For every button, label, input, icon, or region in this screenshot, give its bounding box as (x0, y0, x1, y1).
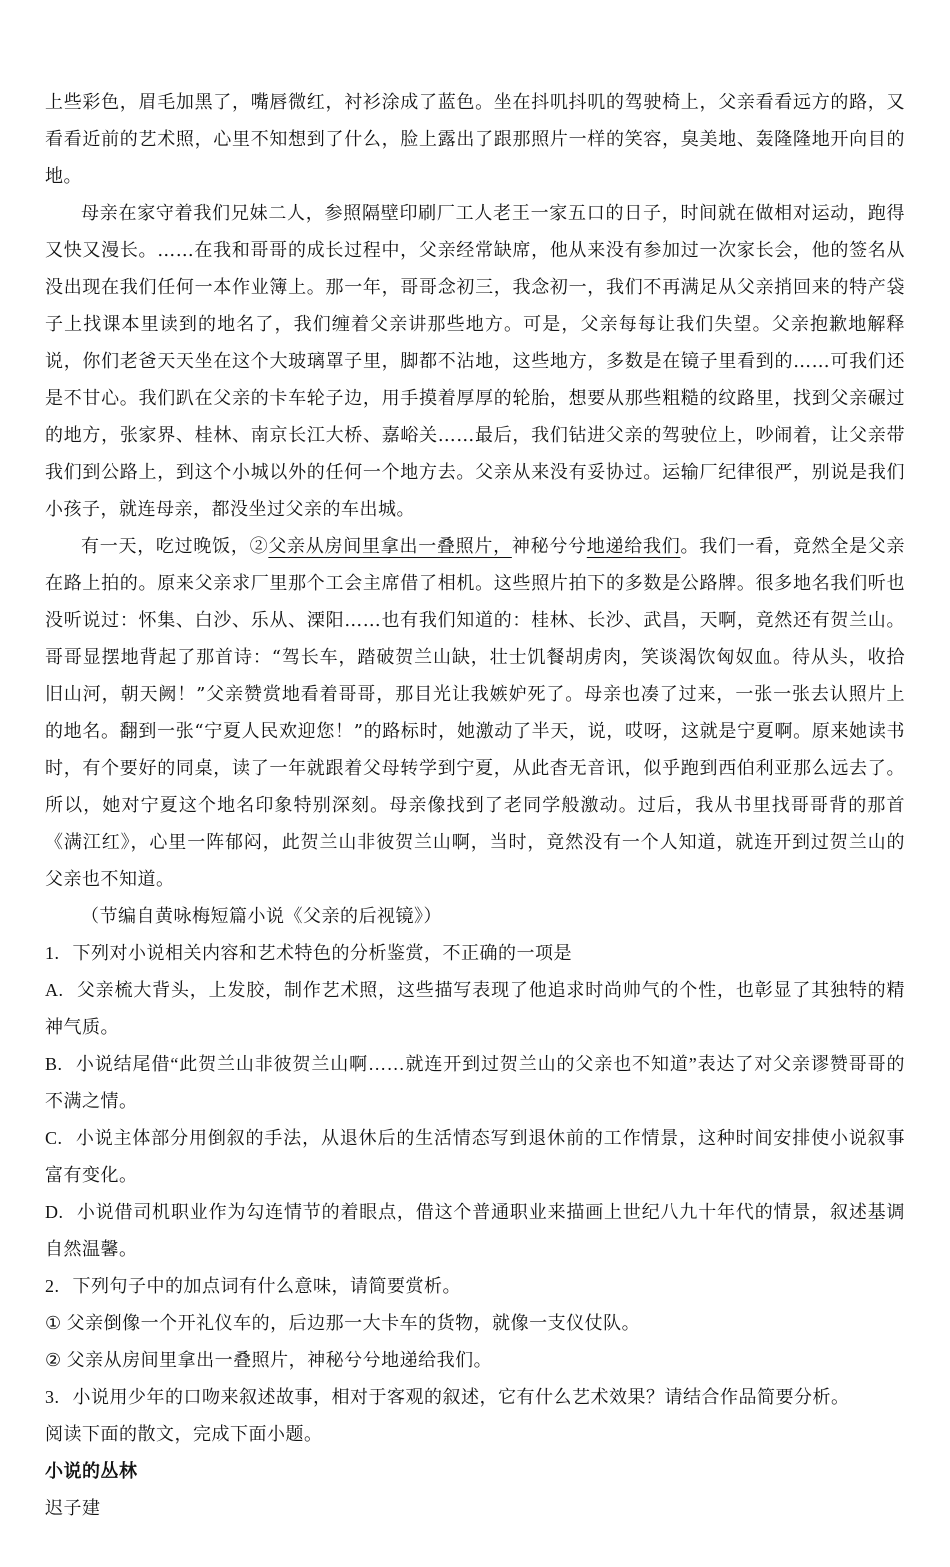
emphasis-word-mysteriously: 神秘兮兮 (512, 536, 587, 556)
option-b-label: B. (45, 1054, 63, 1074)
underlined-phrase-take-out-photos: 父亲从房间里拿出一叠照片， (268, 536, 512, 557)
option-c-label: C. (45, 1128, 63, 1148)
exam-document-page: 上些彩色，眉毛加黑了，嘴唇微红，衬衫涂成了蓝色。坐在抖叽抖叽的驾驶椅上，父亲看看… (0, 0, 950, 1567)
option-c-text: 小说主体部分用倒叙的手法，从退休后的生活情态写到退休前的工作情景，这种时间安排使… (45, 1128, 905, 1185)
passage-text-segment: 有一天，吃过晚饭，② (81, 536, 268, 557)
question-2-sentence-2-text: 父亲从房间里拿出一叠照片，神秘兮兮地递给我们。 (67, 1350, 493, 1370)
question-3-stem: 3.小说用少年的口吻来叙述故事，相对于客观的叙述，它有什么艺术效果？请结合作品简… (45, 1379, 905, 1416)
passage-paragraph-mother: 母亲在家守着我们兄妹二人，参照隔壁印刷厂工人老王一家五口的日子，时间就在做相对运… (45, 195, 905, 528)
question-1-text: 下列对小说相关内容和艺术特色的分析鉴赏，不正确的一项是 (73, 943, 573, 963)
passage-text-segment: 。我们一看，竟然全是父亲在路上拍的。原来父亲求厂里那个工会主席借了相机。这些照片… (45, 536, 905, 890)
question-2-stem: 2.下列句子中的加点词有什么意味，请简要赏析。 (45, 1268, 905, 1305)
circled-2-marker: ② (45, 1350, 62, 1370)
passage-paragraph-photos: 有一天，吃过晚饭，②父亲从房间里拿出一叠照片，神秘兮兮地递给我们。我们一看，竟然… (45, 528, 905, 898)
question-2-number: 2. (45, 1276, 60, 1296)
question-2-sentence-1-text: 父亲倒像一个开礼仪车的，后边那一大卡车的货物，就像一支仪仗队。 (67, 1313, 641, 1333)
option-a-text: 父亲梳大背头，上发胶，制作艺术照，这些描写表现了他追求时尚帅气的个性，也彰显了其… (45, 980, 905, 1037)
underlined-phrase-hand-to-us: 地递给我们 (587, 536, 681, 557)
passage-paragraph-continuation: 上些彩色，眉毛加黑了，嘴唇微红，衬衫涂成了蓝色。坐在抖叽抖叽的驾驶椅上，父亲看看… (45, 84, 905, 195)
option-a-label: A. (45, 980, 64, 1000)
essay-author: 迟子建 (45, 1490, 905, 1527)
question-1-option-d: D.小说借司机职业作为勾连情节的着眼点，借这个普通职业来描画上世纪八九十年代的情… (45, 1194, 905, 1268)
essay-title: 小说的丛林 (45, 1453, 905, 1490)
question-2-sentence-1: ①父亲倒像一个开礼仪车的，后边那一大卡车的货物，就像一支仪仗队。 (45, 1305, 905, 1342)
option-d-text: 小说借司机职业作为勾连情节的着眼点，借这个普通职业来描画上世纪八九十年代的情景，… (45, 1202, 905, 1259)
question-1-number: 1. (45, 943, 60, 963)
next-reading-prompt: 阅读下面的散文，完成下面小题。 (45, 1416, 905, 1453)
option-d-label: D. (45, 1202, 64, 1222)
question-1-option-b: B.小说结尾借“此贺兰山非彼贺兰山啊……就连开到过贺兰山的父亲也不知道”表达了对… (45, 1046, 905, 1120)
question-3-text: 小说用少年的口吻来叙述故事，相对于客观的叙述，它有什么艺术效果？请结合作品简要分… (73, 1387, 850, 1407)
question-2-sentence-2: ②父亲从房间里拿出一叠照片，神秘兮兮地递给我们。 (45, 1342, 905, 1379)
question-1-stem: 1.下列对小说相关内容和艺术特色的分析鉴赏，不正确的一项是 (45, 935, 905, 972)
passage-attribution: （节编自黄咏梅短篇小说《父亲的后视镜》） (45, 898, 905, 935)
question-3-number: 3. (45, 1387, 60, 1407)
question-2-text: 下列句子中的加点词有什么意味，请简要赏析。 (73, 1276, 462, 1296)
circled-1-marker: ① (45, 1313, 62, 1333)
option-b-text: 小说结尾借“此贺兰山非彼贺兰山啊……就连开到过贺兰山的父亲也不知道”表达了对父亲… (45, 1054, 905, 1111)
question-1-option-a: A.父亲梳大背头，上发胶，制作艺术照，这些描写表现了他追求时尚帅气的个性，也彰显… (45, 972, 905, 1046)
question-1-option-c: C.小说主体部分用倒叙的手法，从退休后的生活情态写到退休前的工作情景，这种时间安… (45, 1120, 905, 1194)
